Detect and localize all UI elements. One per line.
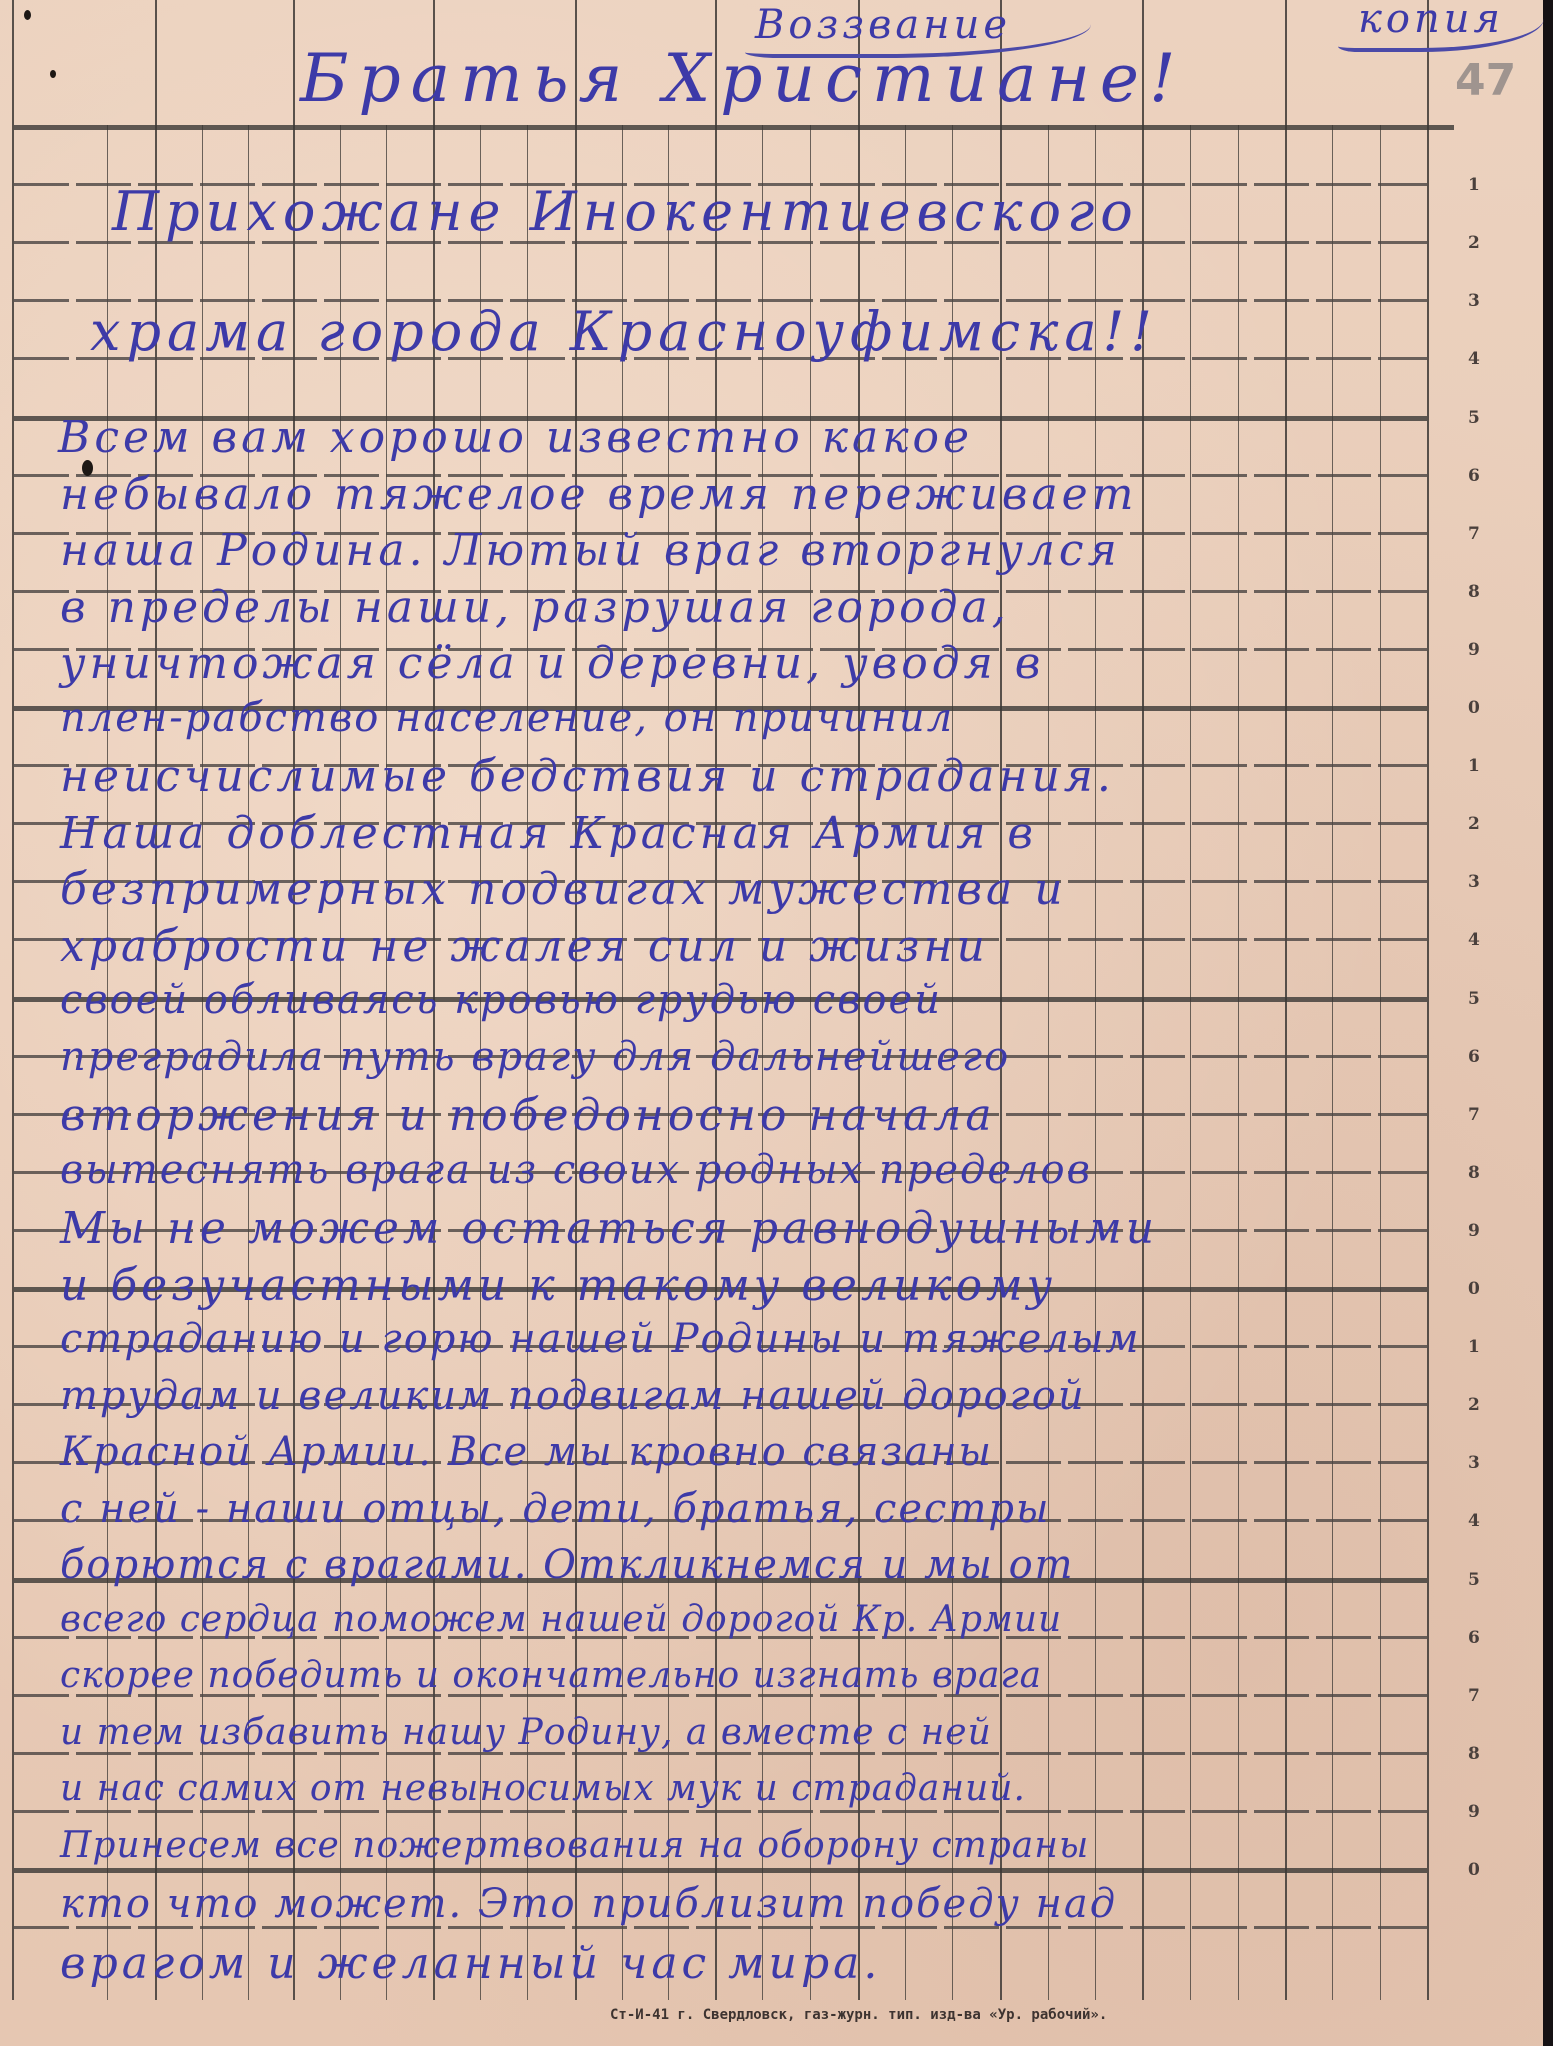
row-rule	[14, 1868, 1427, 1873]
appeal-line: в пределы наши, разрушая города,	[60, 582, 1010, 633]
row-number: 2	[1468, 1395, 1488, 1415]
column-rule	[1095, 125, 1096, 2000]
appeal-line: с ней - наши отцы, дети, братья, сестры	[60, 1486, 1051, 1532]
printer-imprint: Ст-И-41 г. Свердловск, газ-журн. тип. из…	[610, 2007, 1107, 2023]
document-title: Братья Христиане!	[300, 40, 1186, 117]
appeal-line: плен-рабство население, он причинил	[60, 695, 954, 741]
scan-edge	[1543, 0, 1553, 2046]
row-number: 5	[1468, 989, 1488, 1009]
row-number: 1	[1468, 175, 1488, 195]
column-rule	[1190, 125, 1191, 2000]
appeal-line: своей обливаясь кровью грудью своей	[60, 977, 942, 1023]
row-number: 8	[1468, 1163, 1488, 1183]
row-number: 8	[1468, 582, 1488, 602]
appeal-line: Наша доблестная Красная Армия в	[60, 808, 1037, 859]
row-number: 7	[1468, 1105, 1488, 1125]
appeal-line: врагом и желанный час мира.	[60, 1938, 881, 1989]
archival-document-page: Воззвание копия 47 Братья Христиане! При…	[0, 0, 1553, 2046]
appeal-line: вытеснять врага из своих родных пределов	[60, 1147, 1092, 1193]
appeal-line: всего сердца поможем нашей дорогой Кр. А…	[60, 1599, 1062, 1640]
appeal-line: неисчислимые бедствия и страдания.	[60, 751, 1115, 802]
appeal-line: кто что может. Это приблизит победу над	[60, 1881, 1117, 1927]
appeal-line: и нас самих от невыносимых мук и страдан…	[60, 1768, 1026, 1809]
row-number: 1	[1468, 1337, 1488, 1357]
appeal-line: и тем избавить нашу Родину, а вместе с н…	[60, 1712, 992, 1753]
appeal-line: храбрости не жалея сил и жизни	[60, 921, 989, 972]
column-rule	[1238, 125, 1239, 2000]
appeal-line: скорее победить и окончательно изгнать в…	[60, 1655, 1042, 1696]
row-rule	[14, 1810, 1427, 1813]
row-number: 2	[1468, 814, 1488, 834]
address-line-1: Прихожане Инокентиевского	[112, 180, 1139, 243]
appeal-line: безпримерных подвигах мужества и	[60, 864, 1067, 915]
appeal-line: уничтожая сёла и деревни, уводя в	[60, 638, 1044, 689]
row-number: 6	[1468, 1047, 1488, 1067]
row-rule	[14, 125, 1454, 130]
row-number: 3	[1468, 291, 1488, 311]
column-rule	[1332, 125, 1333, 2000]
row-number: 0	[1468, 1279, 1488, 1299]
appeal-line: борются с врагами. Откликнемся и мы от	[60, 1542, 1075, 1588]
appeal-line: преградила путь врагу для дальнейшего	[60, 1034, 1010, 1080]
row-number: 6	[1468, 466, 1488, 486]
column-rule	[1048, 125, 1049, 2000]
address-line-2: храма города Красноуфимска!!	[90, 300, 1158, 363]
appeal-line: трудам и великим подвигам нашей дорогой	[60, 1373, 1086, 1419]
row-number: 3	[1468, 1453, 1488, 1473]
appeal-line: наша Родина. Лютый враг вторгнулся	[60, 525, 1121, 576]
appeal-line: Принесем все пожертвования на оборону ст…	[60, 1825, 1089, 1866]
row-number: 0	[1468, 1860, 1488, 1880]
row-number: 9	[1468, 1221, 1488, 1241]
appeal-line: небывало тяжелое время переживает	[60, 469, 1137, 520]
row-number: 2	[1468, 233, 1488, 253]
row-number: 9	[1468, 640, 1488, 660]
row-number: 5	[1468, 1570, 1488, 1590]
punch-hole	[50, 70, 56, 78]
row-number: 5	[1468, 408, 1488, 428]
row-number: 8	[1468, 1744, 1488, 1764]
appeal-line: и безучастными к такому великому	[60, 1260, 1056, 1311]
row-number: 9	[1468, 1802, 1488, 1822]
column-rule	[1427, 0, 1429, 2000]
row-number: 3	[1468, 872, 1488, 892]
sheet-number: 47	[1455, 55, 1516, 106]
row-number: 4	[1468, 1511, 1488, 1531]
appeal-line: страданию и горю нашей Родины и тяжелым	[60, 1316, 1141, 1362]
appeal-line: Всем вам хорошо известно какое	[58, 412, 973, 463]
row-number: 4	[1468, 930, 1488, 950]
row-number: 7	[1468, 1686, 1488, 1706]
column-rule	[1380, 125, 1381, 2000]
punch-hole	[24, 10, 31, 20]
appeal-line: вторжения и победоносно начала	[60, 1090, 996, 1141]
row-number: 0	[1468, 698, 1488, 718]
appeal-line: Красной Армии. Все мы кровно связаны	[60, 1429, 993, 1475]
row-number: 6	[1468, 1628, 1488, 1648]
row-number: 1	[1468, 756, 1488, 776]
appeal-line: Мы не можем остаться равнодушными	[60, 1203, 1158, 1254]
row-number: 4	[1468, 349, 1488, 369]
row-number: 7	[1468, 524, 1488, 544]
